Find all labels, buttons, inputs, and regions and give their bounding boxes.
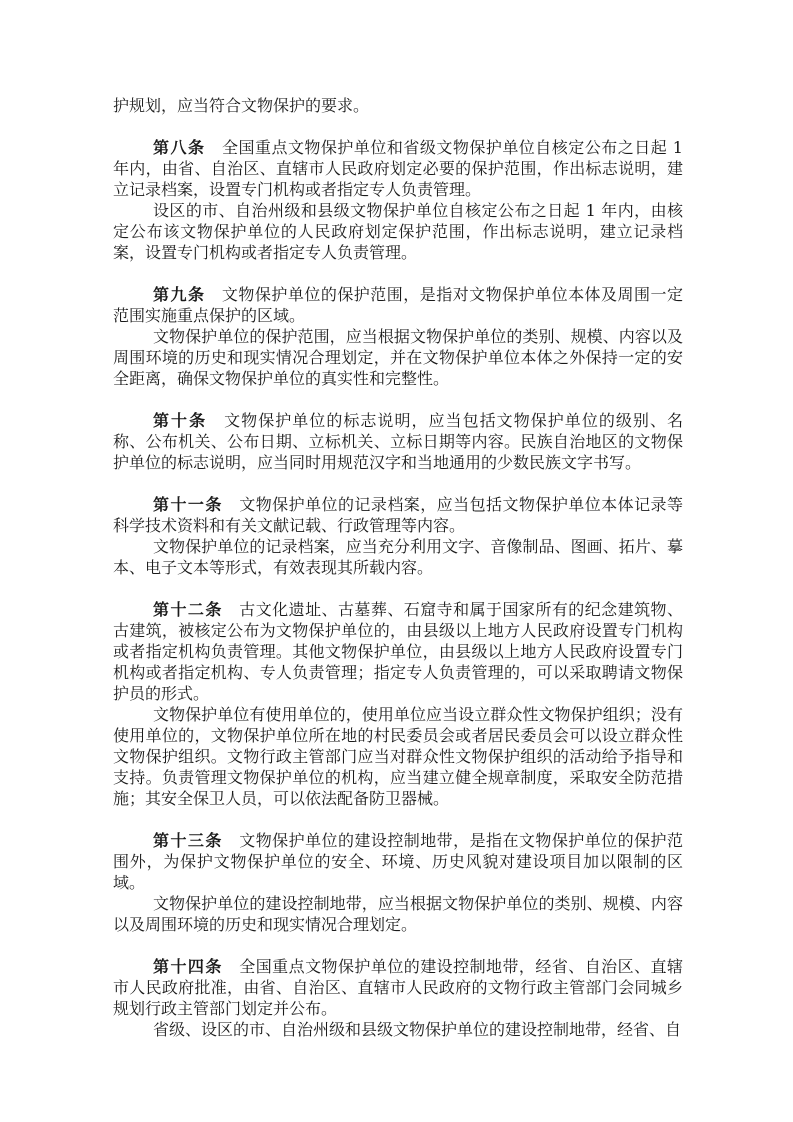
article-paragraph: 第十三条 文物保护单位的建设控制地带，是指在文物保护单位的保护范围外，为保护文物…	[113, 830, 683, 893]
document-page: 护规划，应当符合文物保护的要求。第八条 全国重点文物保护单位和省级文物保护单位自…	[0, 0, 793, 1122]
body-paragraph: 设区的市、自治州级和县级文物保护单位自核定公布之日起 1 年内，由核定公布该文物…	[113, 200, 683, 263]
article-paragraph: 第九条 文物保护单位的保护范围，是指对文物保护单位本体及周围一定范围实施重点保护…	[113, 284, 683, 326]
article-paragraph: 第十二条 古文化遗址、古墓葬、石窟寺和属于国家所有的纪念建筑物、古建筑，被核定公…	[113, 599, 683, 704]
article-number-label: 第八条	[153, 138, 205, 157]
article-number-label: 第九条	[153, 285, 205, 304]
continuation-paragraph: 护规划，应当符合文物保护的要求。	[113, 95, 683, 116]
article-paragraph: 第十四条 全国重点文物保护单位的建设控制地带，经省、自治区、直辖市人民政府批准，…	[113, 956, 683, 1019]
body-paragraph: 省级、设区的市、自治州级和县级文物保护单位的建设控制地带，经省、自	[113, 1019, 683, 1040]
body-paragraph: 文物保护单位的保护范围，应当根据文物保护单位的类别、规模、内容以及周围环境的历史…	[113, 326, 683, 389]
article-number-label: 第十四条	[153, 957, 223, 976]
article-number-label: 第十条	[153, 411, 207, 430]
document-body: 护规划，应当符合文物保护的要求。第八条 全国重点文物保护单位和省级文物保护单位自…	[113, 95, 683, 1040]
body-paragraph: 文物保护单位的记录档案，应当充分利用文字、音像制品、图画、拓片、摹本、电子文本等…	[113, 536, 683, 578]
article-number-label: 第十一条	[153, 495, 223, 514]
article-number-label: 第十三条	[153, 831, 223, 850]
article-number-label: 第十二条	[153, 600, 223, 619]
body-paragraph: 文物保护单位的建设控制地带，应当根据文物保护单位的类别、规模、内容以及周围环境的…	[113, 893, 683, 935]
article-paragraph: 第十一条 文物保护单位的记录档案，应当包括文物保护单位本体记录等科学技术资料和有…	[113, 494, 683, 536]
body-paragraph: 文物保护单位有使用单位的，使用单位应当设立群众性文物保护组织；没有使用单位的，文…	[113, 704, 683, 809]
article-paragraph: 第八条 全国重点文物保护单位和省级文物保护单位自核定公布之日起 1 年内，由省、…	[113, 137, 683, 200]
article-paragraph: 第十条 文物保护单位的标志说明，应当包括文物保护单位的级别、名称、公布机关、公布…	[113, 410, 683, 473]
